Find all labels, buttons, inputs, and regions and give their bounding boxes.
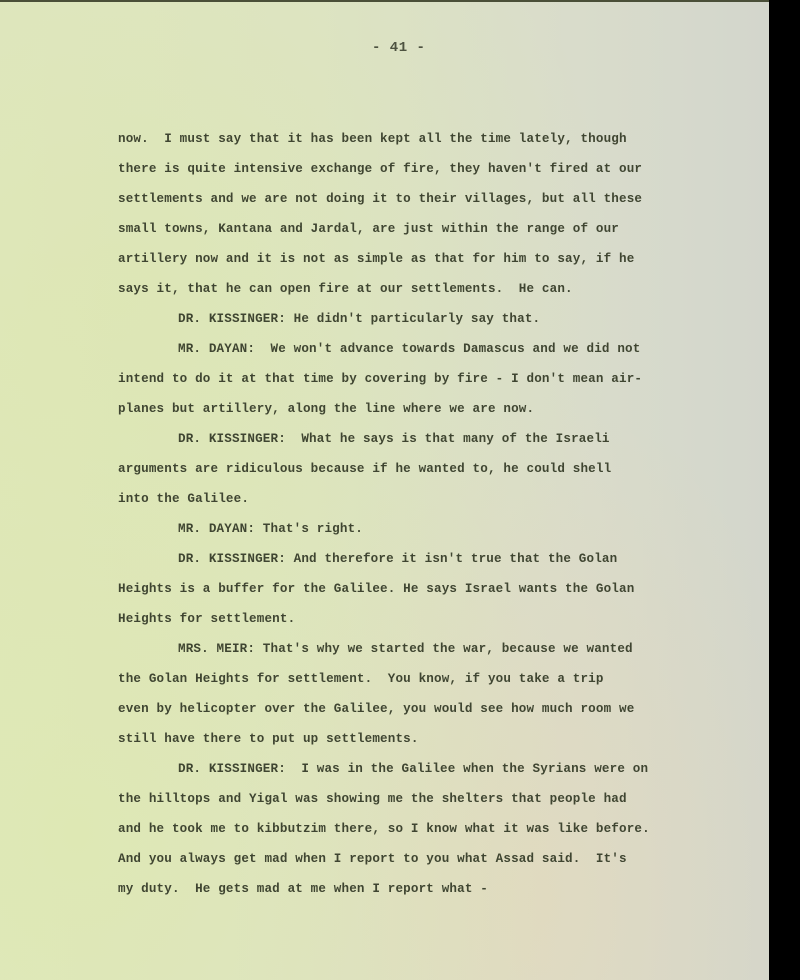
speaker-line-kissinger: DR. KISSINGER: And therefore it isn't tr… <box>118 544 728 574</box>
speaker-line-dayan: MR. DAYAN: That's right. <box>118 514 728 544</box>
text-line: the hilltops and Yigal was showing me th… <box>118 784 728 814</box>
text-line: small towns, Kantana and Jardal, are jus… <box>118 214 728 244</box>
text-line: my duty. He gets mad at me when I report… <box>118 874 728 904</box>
text-line: Heights is a buffer for the Galilee. He … <box>118 574 728 604</box>
text-line: arguments are ridiculous because if he w… <box>118 454 728 484</box>
text-line: planes but artillery, along the line whe… <box>118 394 728 424</box>
text-line: now. I must say that it has been kept al… <box>118 124 728 154</box>
text-line: even by helicopter over the Galilee, you… <box>118 694 728 724</box>
page-number: - 41 - <box>372 40 425 56</box>
speaker-line-dayan: MR. DAYAN: We won't advance towards Dama… <box>118 334 728 364</box>
text-line: says it, that he can open fire at our se… <box>118 274 728 304</box>
text-line: into the Galilee. <box>118 484 728 514</box>
transcript-body: now. I must say that it has been kept al… <box>118 124 728 904</box>
speaker-line-kissinger: DR. KISSINGER: What he says is that many… <box>118 424 728 454</box>
text-line: artillery now and it is not as simple as… <box>118 244 728 274</box>
text-line: settlements and we are not doing it to t… <box>118 184 728 214</box>
speaker-line-meir: MRS. MEIR: That's why we started the war… <box>118 634 728 664</box>
text-line: there is quite intensive exchange of fir… <box>118 154 728 184</box>
text-line: the Golan Heights for settlement. You kn… <box>118 664 728 694</box>
text-line: intend to do it at that time by covering… <box>118 364 728 394</box>
speaker-line-kissinger: DR. KISSINGER: I was in the Galilee when… <box>118 754 728 784</box>
text-line: still have there to put up settlements. <box>118 724 728 754</box>
speaker-line-kissinger: DR. KISSINGER: He didn't particularly sa… <box>118 304 728 334</box>
text-line: And you always get mad when I report to … <box>118 844 728 874</box>
text-line: and he took me to kibbutzim there, so I … <box>118 814 728 844</box>
text-line: Heights for settlement. <box>118 604 728 634</box>
document-page: - 41 - now. I must say that it has been … <box>0 0 769 980</box>
